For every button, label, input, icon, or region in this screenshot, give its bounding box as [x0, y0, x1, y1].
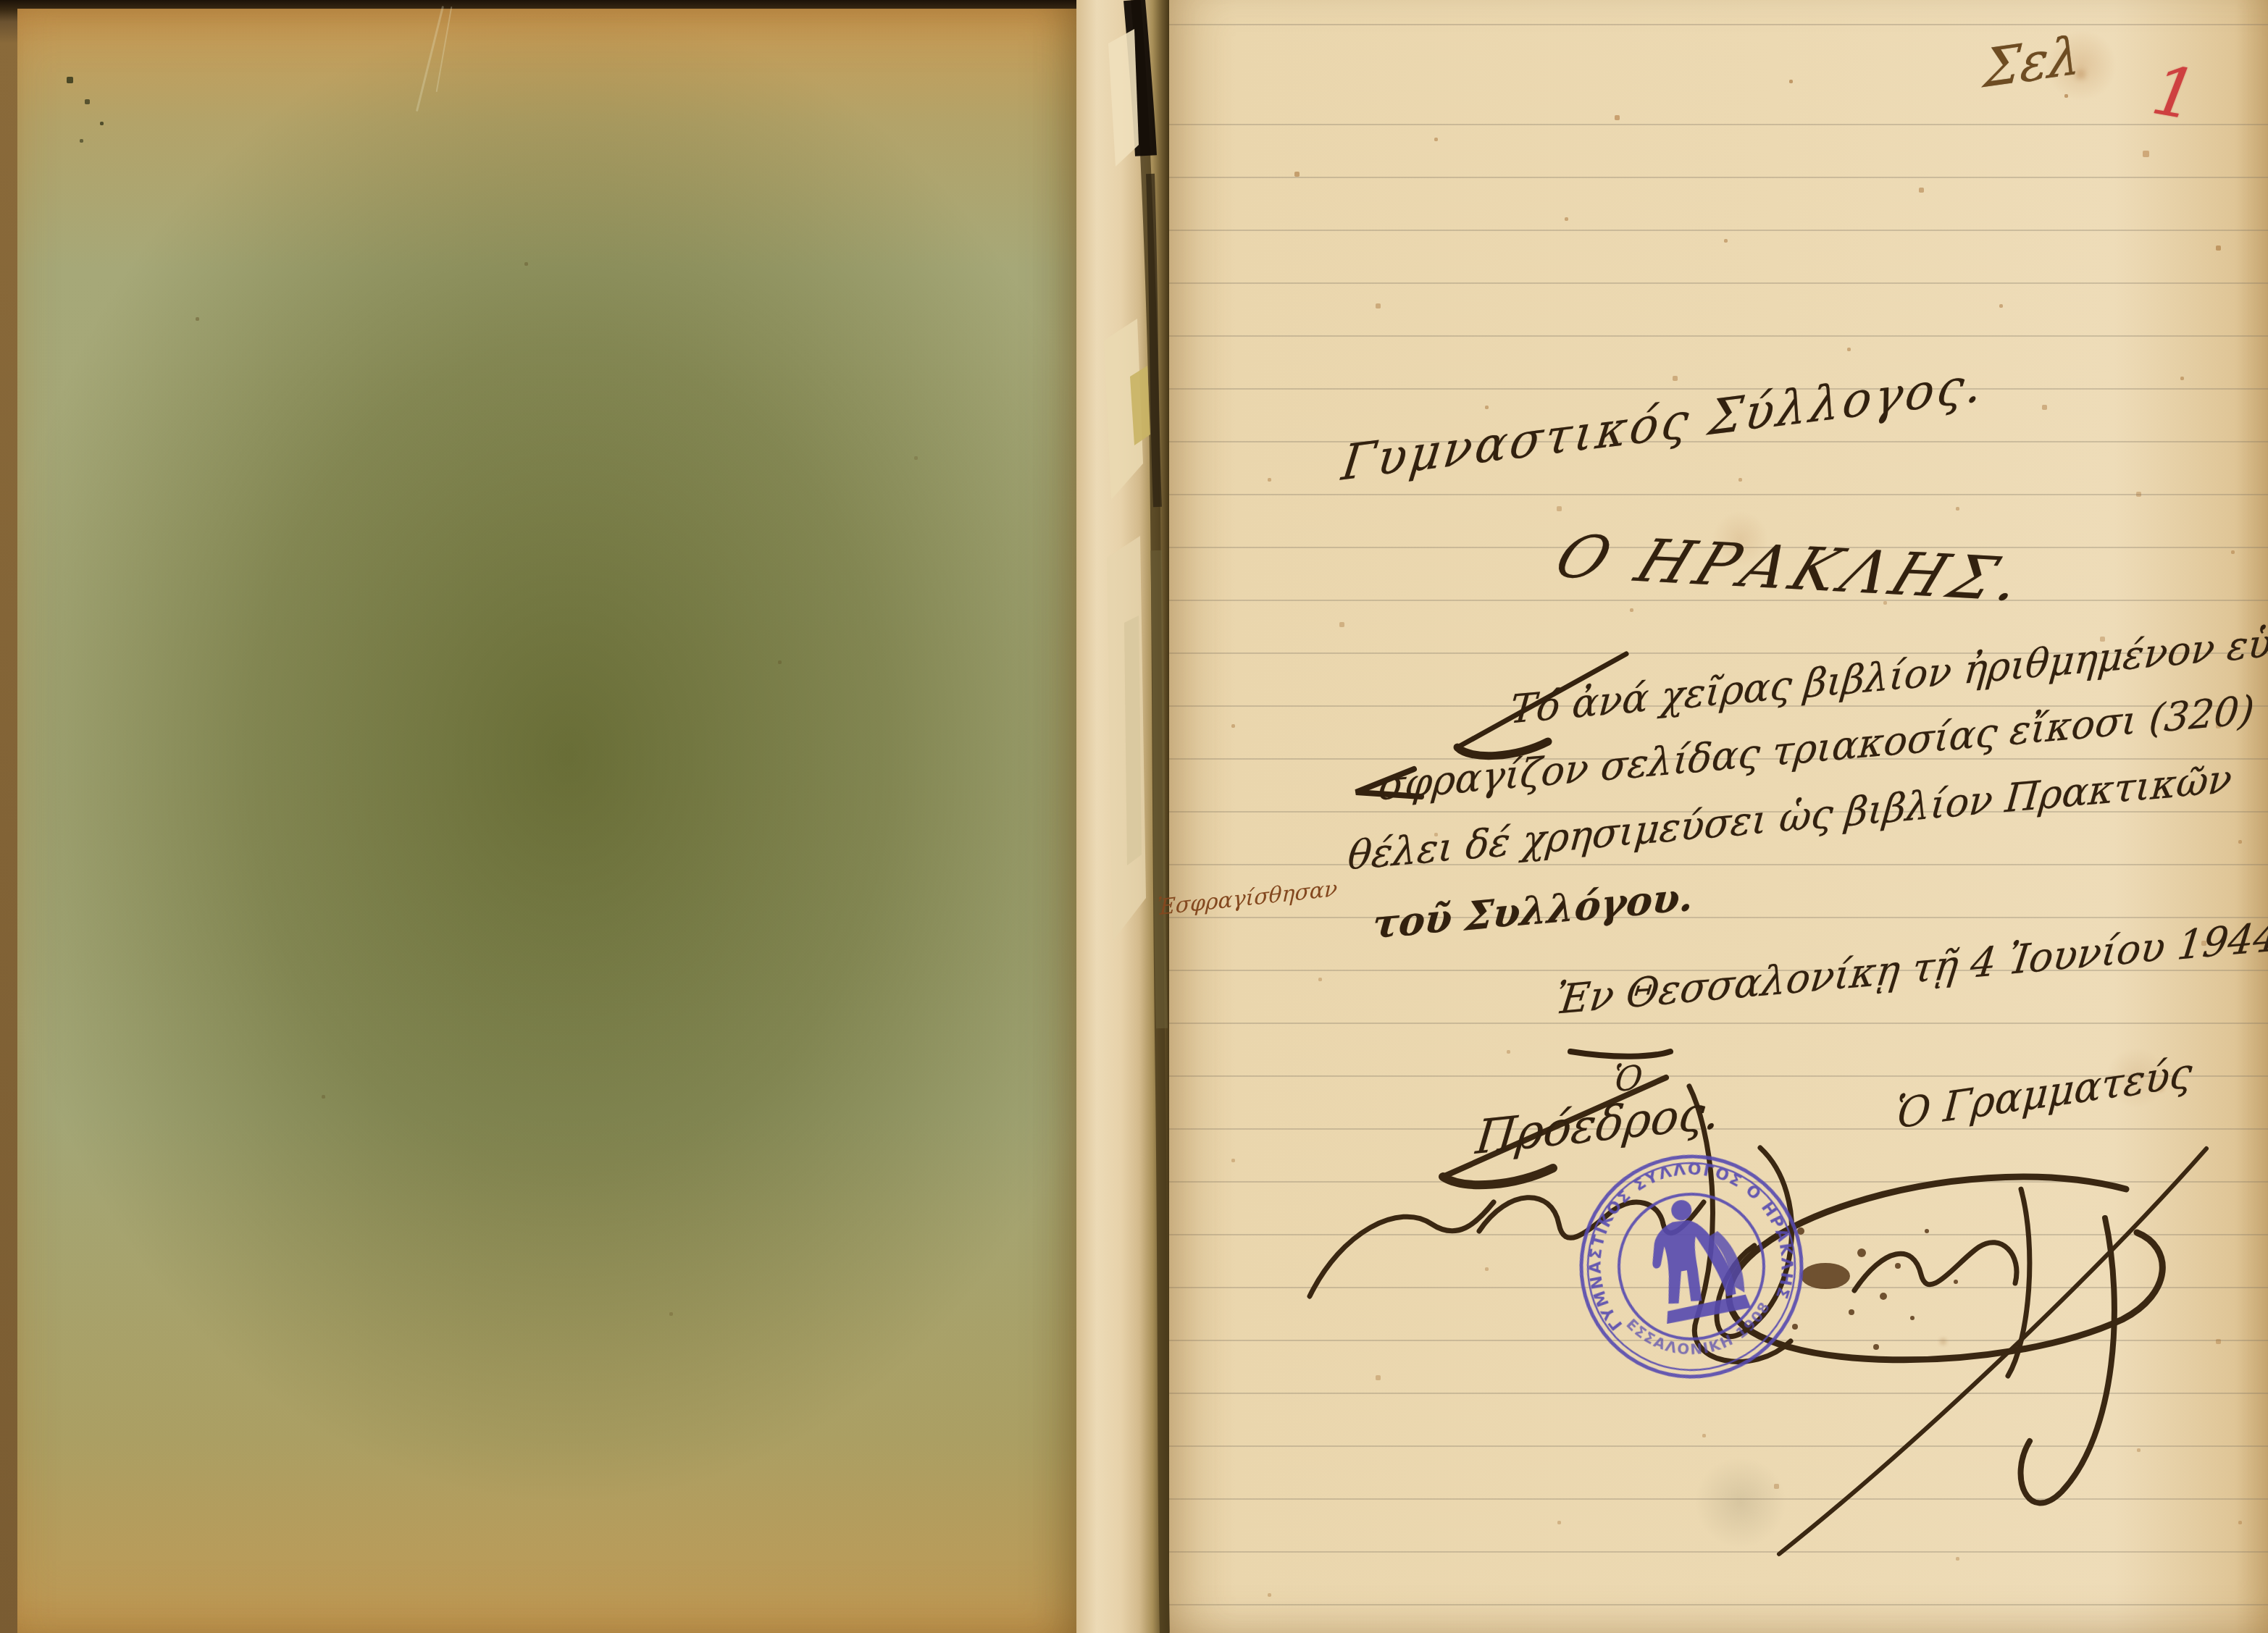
gutter-crack	[1104, 0, 1165, 1633]
club-stamp: ΓΥΜΝΑΣΤΙΚΟΣ ΣΥΛΛΟΓΟΣ Ο ΗΡΑΚΛΗΣ ΘΕΣΣΑΛΟΝΙ…	[1552, 1127, 1832, 1407]
open-ledger-scan: Σελ 1 Γυμναστικός Σύλλογος. Ο ΗΡΑΚΛΗΣ. Τ…	[0, 0, 2268, 1633]
hercules-icon	[1642, 1191, 1751, 1325]
